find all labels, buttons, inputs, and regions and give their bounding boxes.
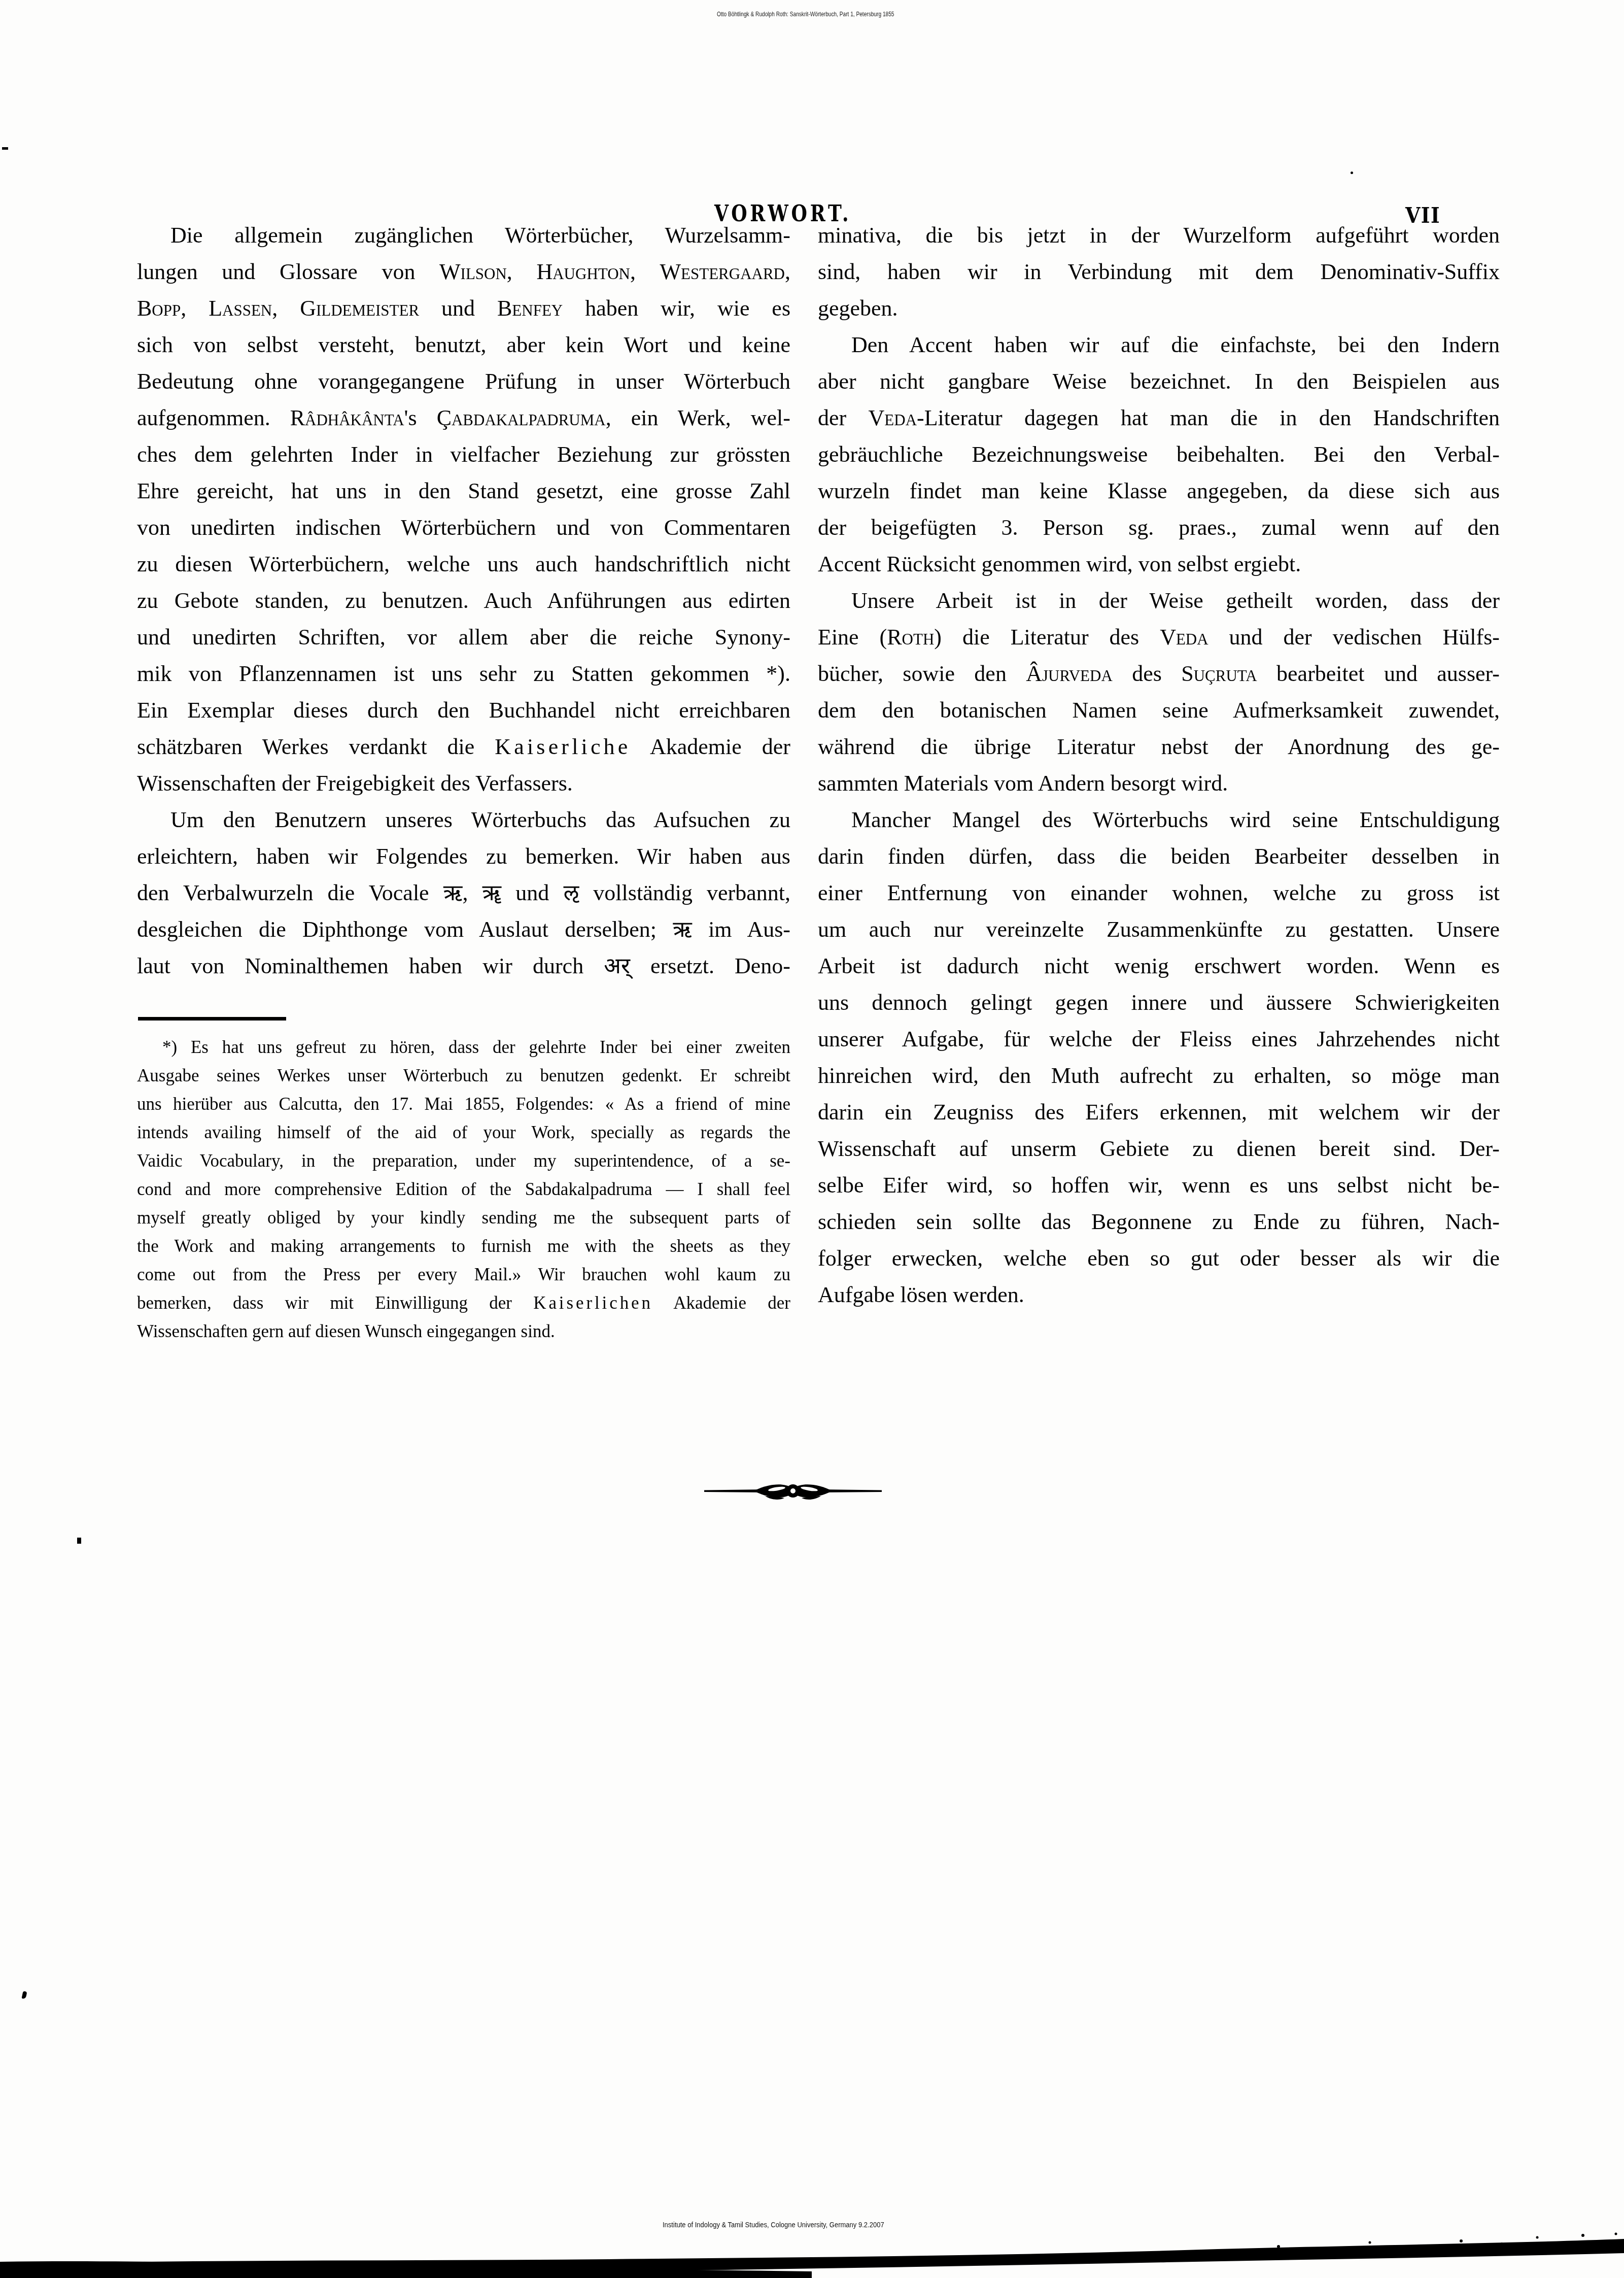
text-line: Eine (Roth) die Literatur des Veda und d… xyxy=(818,619,1500,656)
text-line: Bopp, Lassen, Gildemeister und Benfey ha… xyxy=(137,290,790,327)
text-line: selbe Eifer wird, so hoffen wir, wenn es… xyxy=(818,1167,1500,1204)
text-line: den Verbalwurzeln die Vocale ऋ, ॠ und ऌ … xyxy=(137,875,790,911)
text-line: um auch nur vereinzelte Zusammenkünfte z… xyxy=(818,911,1500,948)
text-line: myself greatly obliged by your kindly se… xyxy=(137,1204,790,1232)
tailpiece-ornament-icon xyxy=(704,1481,882,1504)
text-line: sich von selbst versteht, benutzt, aber … xyxy=(137,327,790,363)
text-line: schieden sein sollte das Begonnene zu En… xyxy=(818,1204,1500,1240)
text-line: folger erwecken, welche eben so gut oder… xyxy=(818,1240,1500,1277)
text-line: Wissenschaften gern auf diesen Wunsch ei… xyxy=(137,1317,790,1346)
text-line: Den Accent haben wir auf die einfachste,… xyxy=(818,327,1500,363)
text-line: Ein Exemplar dieses durch den Buchhandel… xyxy=(137,692,790,729)
text-line: Vaidic Vocabulary, in the preparation, u… xyxy=(137,1147,790,1175)
text-line: Bedeutung ohne vorangegangene Prüfung in… xyxy=(137,363,790,400)
text-line: cond and more comprehensive Edition of t… xyxy=(137,1175,790,1204)
text-line: einer Entfernung von einander wohnen, we… xyxy=(818,875,1500,911)
text-line: darin ein Zeugniss des Eifers erkennen, … xyxy=(818,1094,1500,1131)
scan-speck xyxy=(22,1991,27,1999)
text-line: erleichtern, haben wir Folgendes zu beme… xyxy=(137,838,790,875)
scan-edge-artifact xyxy=(0,2217,1624,2278)
text-line: the Work and making arrangements to furn… xyxy=(137,1232,790,1261)
text-line: minativa, die bis jetzt in der Wurzelfor… xyxy=(818,217,1500,254)
text-line: Um den Benutzern unseres Wörterbuchs das… xyxy=(137,802,790,838)
text-line: Ehre gereicht, hat uns in den Stand gese… xyxy=(137,473,790,509)
text-line: der Veda-Literatur dagegen hat man die i… xyxy=(818,400,1500,436)
footnote-separator-rule xyxy=(138,1017,286,1021)
text-line: mik von Pflanzennamen ist uns sehr zu St… xyxy=(137,656,790,692)
text-line: schätzbaren Werkes verdankt die Kaiserli… xyxy=(137,729,790,765)
text-line: dem den botanischen Namen seine Aufmerks… xyxy=(818,692,1500,729)
text-line: Wissenschaft auf unserm Gebiete zu diene… xyxy=(818,1131,1500,1167)
text-line: bemerken, dass wir mit Einwilligung der … xyxy=(137,1289,790,1317)
text-line: Die allgemein zugänglichen Wörterbücher,… xyxy=(137,217,790,254)
left-text-column: Die allgemein zugänglichen Wörterbücher,… xyxy=(137,217,790,984)
text-line: sammten Materials vom Andern besorgt wir… xyxy=(818,765,1500,802)
text-line: come out from the Press per every Mail.»… xyxy=(137,1261,790,1289)
text-line: aber nicht gangbare Weise bezeichnet. In… xyxy=(818,363,1500,400)
scan-speck xyxy=(77,1538,81,1544)
text-line: Mancher Mangel des Wörterbuchs wird sein… xyxy=(818,802,1500,838)
text-line: aufgenommen. Râdhâkânta's Çabdakalpadrum… xyxy=(137,400,790,436)
text-line: während die übrige Literatur nebst der A… xyxy=(818,729,1500,765)
right-text-column: minativa, die bis jetzt in der Wurzelfor… xyxy=(818,217,1500,1313)
text-line: von unedirten indischen Wörterbüchern un… xyxy=(137,509,790,546)
text-line: sind, haben wir in Verbindung mit dem De… xyxy=(818,254,1500,290)
text-line: Aufgabe lösen werden. xyxy=(818,1277,1500,1313)
text-line: ches dem gelehrten Inder in vielfacher B… xyxy=(137,436,790,473)
text-line: uns dennoch gelingt gegen innere und äus… xyxy=(818,984,1500,1021)
text-line: zu Gebote standen, zu benutzen. Auch Anf… xyxy=(137,583,790,619)
text-line: desgleichen die Diphthonge vom Auslaut d… xyxy=(137,911,790,948)
text-line: darin finden dürfen, dass die beiden Bea… xyxy=(818,838,1500,875)
text-line: bücher, sowie den Âjurveda des Suçruta b… xyxy=(818,656,1500,692)
scan-speck xyxy=(2,147,8,150)
text-line: und unedirten Schriften, vor allem aber … xyxy=(137,619,790,656)
text-line: lungen und Glossare von Wilson, Haughton… xyxy=(137,254,790,290)
footnote-block: *) Es hat uns gefreut zu hören, dass der… xyxy=(137,1033,790,1346)
text-line: uns hierüber aus Calcutta, den 17. Mai 1… xyxy=(137,1090,790,1118)
text-line: der beigefügten 3. Person sg. praes., zu… xyxy=(818,509,1500,546)
text-line: Wissenschaften der Freigebigkeit des Ver… xyxy=(137,765,790,802)
text-line: gegeben. xyxy=(818,290,1500,327)
text-line: Arbeit ist dadurch nicht wenig erschwert… xyxy=(818,948,1500,984)
text-line: Accent Rücksicht genommen wird, von selb… xyxy=(818,546,1500,583)
text-line: laut von Nominalthemen haben wir durch अ… xyxy=(137,948,790,984)
text-line: Ausgabe seines Werkes unser Wörterbuch z… xyxy=(137,1062,790,1090)
scan-speck xyxy=(1351,172,1353,174)
text-line: Unsere Arbeit ist in der Weise getheilt … xyxy=(818,583,1500,619)
text-line: *) Es hat uns gefreut zu hören, dass der… xyxy=(137,1033,790,1062)
text-line: gebräuchliche Bezeichnungsweise beibehal… xyxy=(818,436,1500,473)
text-line: unserer Aufgabe, für welche der Fleiss e… xyxy=(818,1021,1500,1058)
scanned-book-page: Otto Böhtlingk & Rudolph Roth: Sanskrit-… xyxy=(0,0,1624,2278)
text-line: zu diesen Wörterbüchern, welche uns auch… xyxy=(137,546,790,583)
text-line: intends availing himself of the aid of y… xyxy=(137,1118,790,1147)
text-line: hinreichen wird, den Muth aufrecht zu er… xyxy=(818,1058,1500,1094)
scan-provenance-header: Otto Böhtlingk & Rudolph Roth: Sanskrit-… xyxy=(717,10,894,18)
text-line: wurzeln findet man keine Klasse angegebe… xyxy=(818,473,1500,509)
